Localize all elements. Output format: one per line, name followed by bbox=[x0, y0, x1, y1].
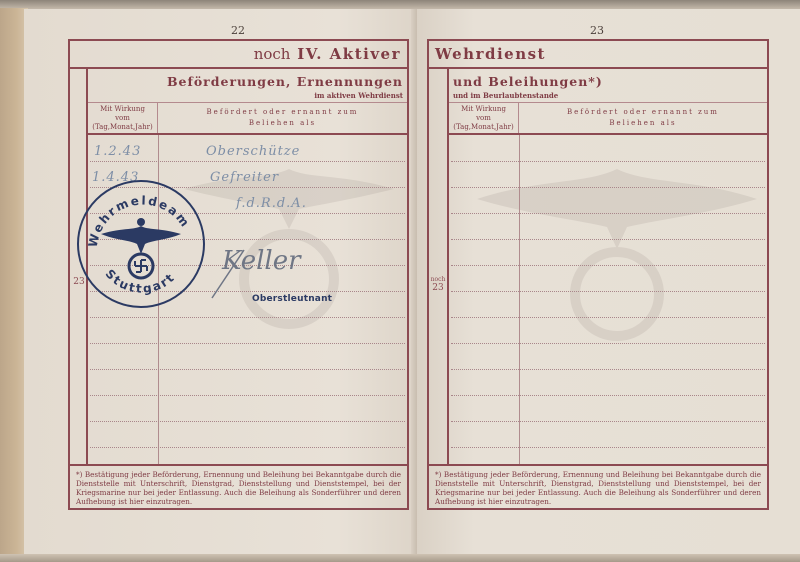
row-line bbox=[451, 395, 765, 396]
margin-page-reference: noch 23 bbox=[429, 277, 447, 293]
right-table-body bbox=[449, 135, 767, 464]
right-table: und Beleihungen*) und im Beurlaubtenstan… bbox=[447, 69, 767, 464]
row-line bbox=[90, 447, 405, 448]
row-line bbox=[90, 317, 405, 318]
right-form-frame: Wehrdienst noch 23 und Beleihungen*) und… bbox=[427, 39, 769, 510]
column-headers: Mit Wirkung vom (Tag,Monat,Jahr) Beförde… bbox=[88, 103, 407, 135]
entry-date-1: 1.2.43 bbox=[94, 144, 141, 159]
right-subheading: und Beleihungen*) und im Beurlaubtenstan… bbox=[449, 69, 767, 103]
row-line bbox=[451, 343, 765, 344]
column-header-rank: Befördert oder ernannt zum Beliehen als bbox=[158, 107, 407, 129]
title-prefix: noch bbox=[254, 45, 291, 63]
column-header-rank: Befördert oder ernannt zum Beliehen als bbox=[519, 107, 767, 129]
left-page-title: noch IV. Aktiver bbox=[254, 45, 401, 63]
column-header-date: Mit Wirkung vom (Tag,Monat,Jahr) bbox=[88, 103, 158, 133]
subtitle: Beförderungen, Ernennungen bbox=[167, 74, 403, 89]
column-divider bbox=[519, 135, 520, 464]
row-line bbox=[90, 369, 405, 370]
signature-stroke bbox=[208, 248, 248, 300]
row-line bbox=[451, 187, 765, 188]
right-page-title: Wehrdienst bbox=[435, 45, 546, 63]
row-line bbox=[451, 161, 765, 162]
left-footnote: *) Bestätigung jeder Beförderung, Ernenn… bbox=[70, 464, 407, 508]
subtitle: und Beleihungen*) bbox=[453, 74, 603, 89]
row-line bbox=[451, 213, 765, 214]
row-line bbox=[451, 447, 765, 448]
signature-rank-stamp: Oberstleutnant bbox=[252, 294, 332, 304]
row-line bbox=[451, 369, 765, 370]
left-title-band: noch IV. Aktiver bbox=[70, 41, 407, 69]
column-headers: Mit Wirkung vom (Tag,Monat,Jahr) Beförde… bbox=[449, 103, 767, 135]
row-line bbox=[90, 343, 405, 344]
right-title-band: Wehrdienst bbox=[429, 41, 767, 69]
row-line bbox=[451, 317, 765, 318]
entry-rank-2: Gefreiter bbox=[210, 170, 279, 185]
page-number-right: 23 bbox=[577, 24, 617, 37]
title-main: IV. Aktiver bbox=[297, 45, 401, 63]
entry-rank-3: f.d.R.d.A. bbox=[236, 196, 307, 211]
row-line bbox=[90, 395, 405, 396]
row-line bbox=[451, 239, 765, 240]
subtitle-small: im aktiven Wehrdienst bbox=[314, 91, 403, 100]
row-line bbox=[90, 421, 405, 422]
row-line bbox=[90, 161, 405, 162]
page-number-left: 22 bbox=[218, 24, 258, 37]
stamp-ring-text: Wehrmeldeamt Stuttgart I bbox=[79, 182, 203, 306]
row-line bbox=[451, 291, 765, 292]
entry-rank-1: Oberschütze bbox=[206, 144, 300, 159]
right-footnote: *) Bestätigung jeder Beförderung, Ernenn… bbox=[429, 464, 767, 508]
column-header-date: Mit Wirkung vom (Tag,Monat,Jahr) bbox=[449, 103, 519, 133]
left-subheading: Beförderungen, Ernennungen im aktiven We… bbox=[88, 69, 407, 103]
row-line bbox=[451, 265, 765, 266]
subtitle-small: und im Beurlaubtenstande bbox=[453, 91, 558, 100]
book-bottom-edge bbox=[0, 554, 800, 562]
official-stamp: Wehrmeldeamt Stuttgart I bbox=[77, 180, 205, 308]
row-line bbox=[451, 421, 765, 422]
